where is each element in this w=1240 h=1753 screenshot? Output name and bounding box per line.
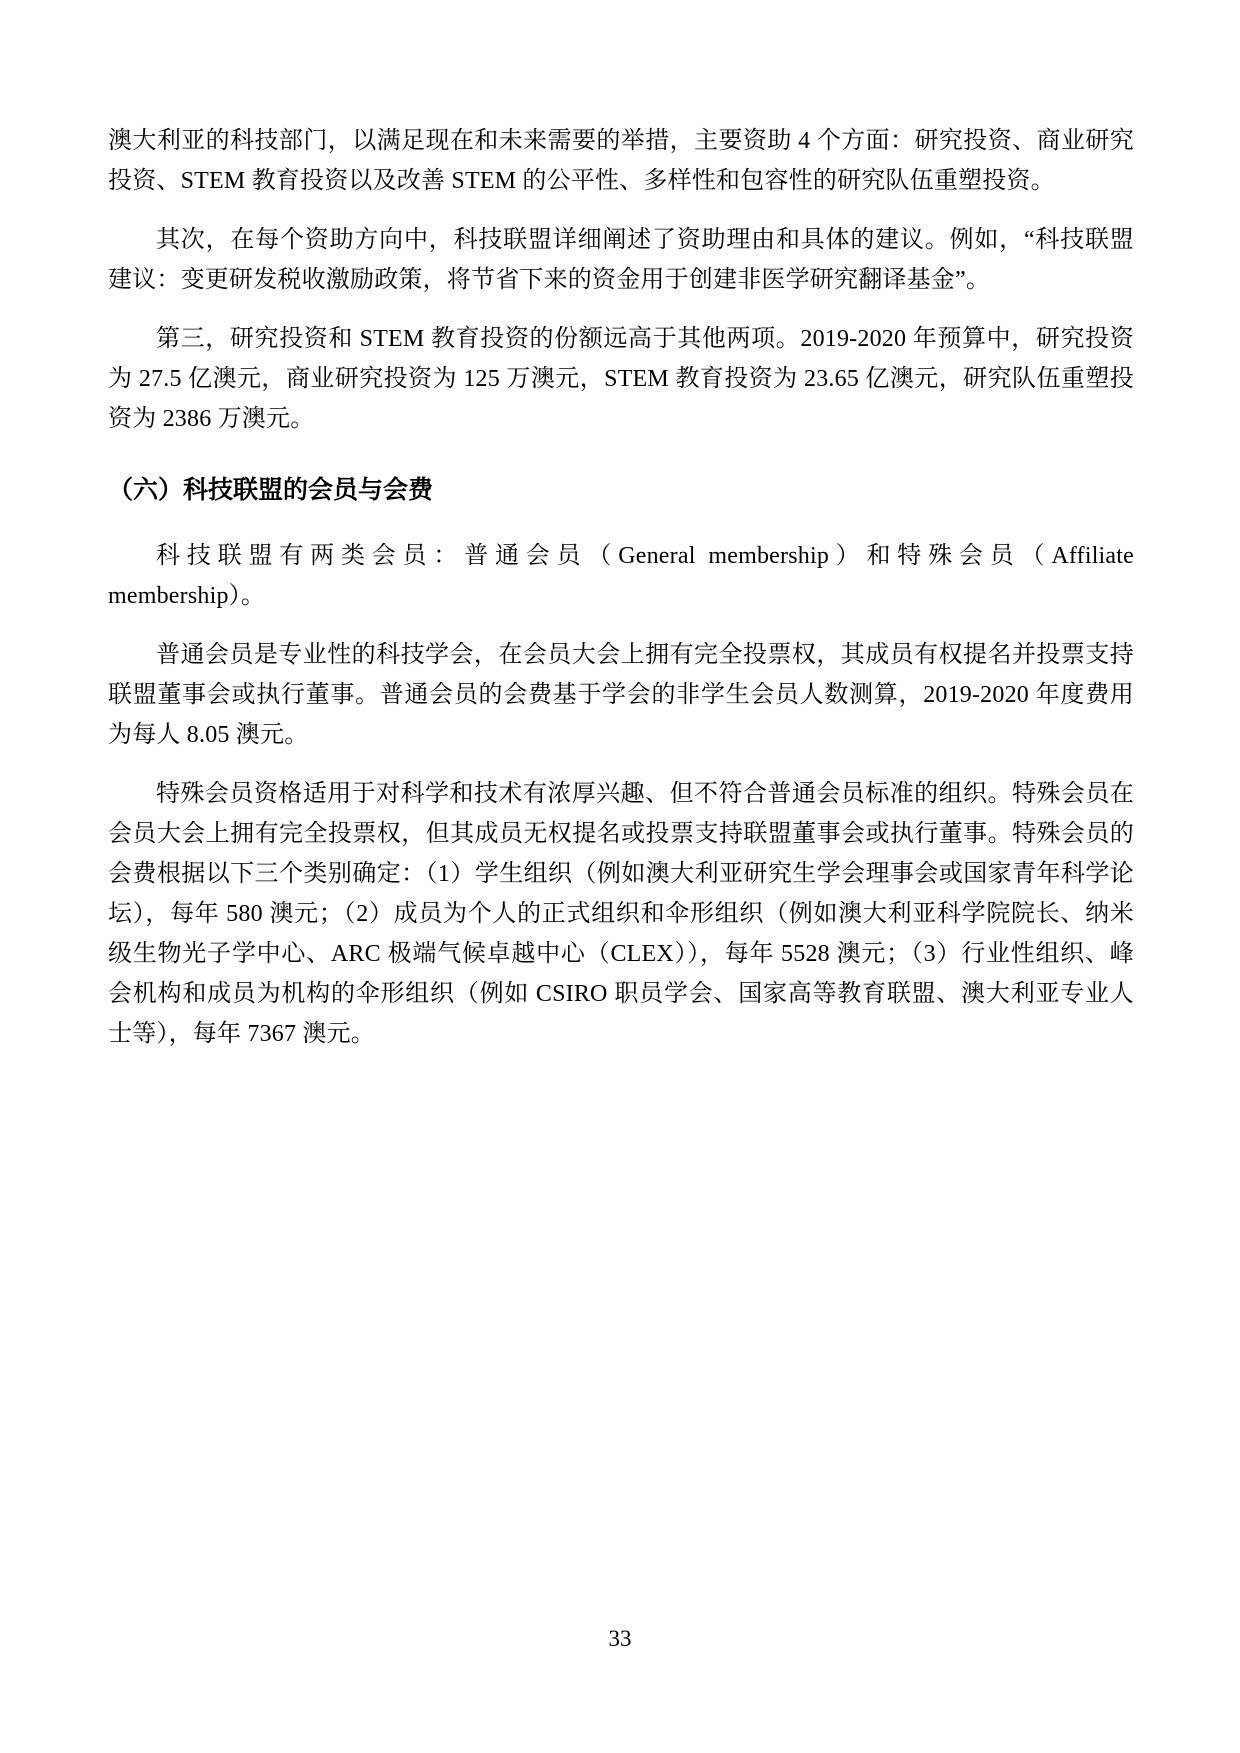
paragraph-funding-areas: 澳大利亚的科技部门，以满足现在和未来需要的举措，主要资助 4 个方面：研究投资、… bbox=[108, 121, 1134, 201]
paragraph-budget-shares: 第三，研究投资和 STEM 教育投资的份额远高于其他两项。2019-2020 年… bbox=[108, 319, 1134, 439]
section-heading: （六）科技联盟的会员与会费 bbox=[108, 473, 1134, 507]
paragraph-general-membership: 普通会员是专业性的科技学会，在会员大会上拥有完全投票权，其成员有权提名并投票支持… bbox=[108, 635, 1134, 755]
paragraph-affiliate-membership: 特殊会员资格适用于对科学和技术有浓厚兴趣、但不符合普通会员标准的组织。特殊会员在… bbox=[108, 774, 1134, 1054]
paragraph-membership-types: 科技联盟有两类会员：普通会员（General membership）和特殊会员（… bbox=[108, 536, 1134, 616]
paragraph-funding-recommendations: 其次，在每个资助方向中，科技联盟详细阐述了资助理由和具体的建议。例如，“科技联盟… bbox=[108, 220, 1134, 300]
page-number: 33 bbox=[0, 1626, 1240, 1652]
document-page: 澳大利亚的科技部门，以满足现在和未来需要的举措，主要资助 4 个方面：研究投资、… bbox=[0, 0, 1240, 1753]
document-content: 澳大利亚的科技部门，以满足现在和未来需要的举措，主要资助 4 个方面：研究投资、… bbox=[108, 121, 1134, 1073]
